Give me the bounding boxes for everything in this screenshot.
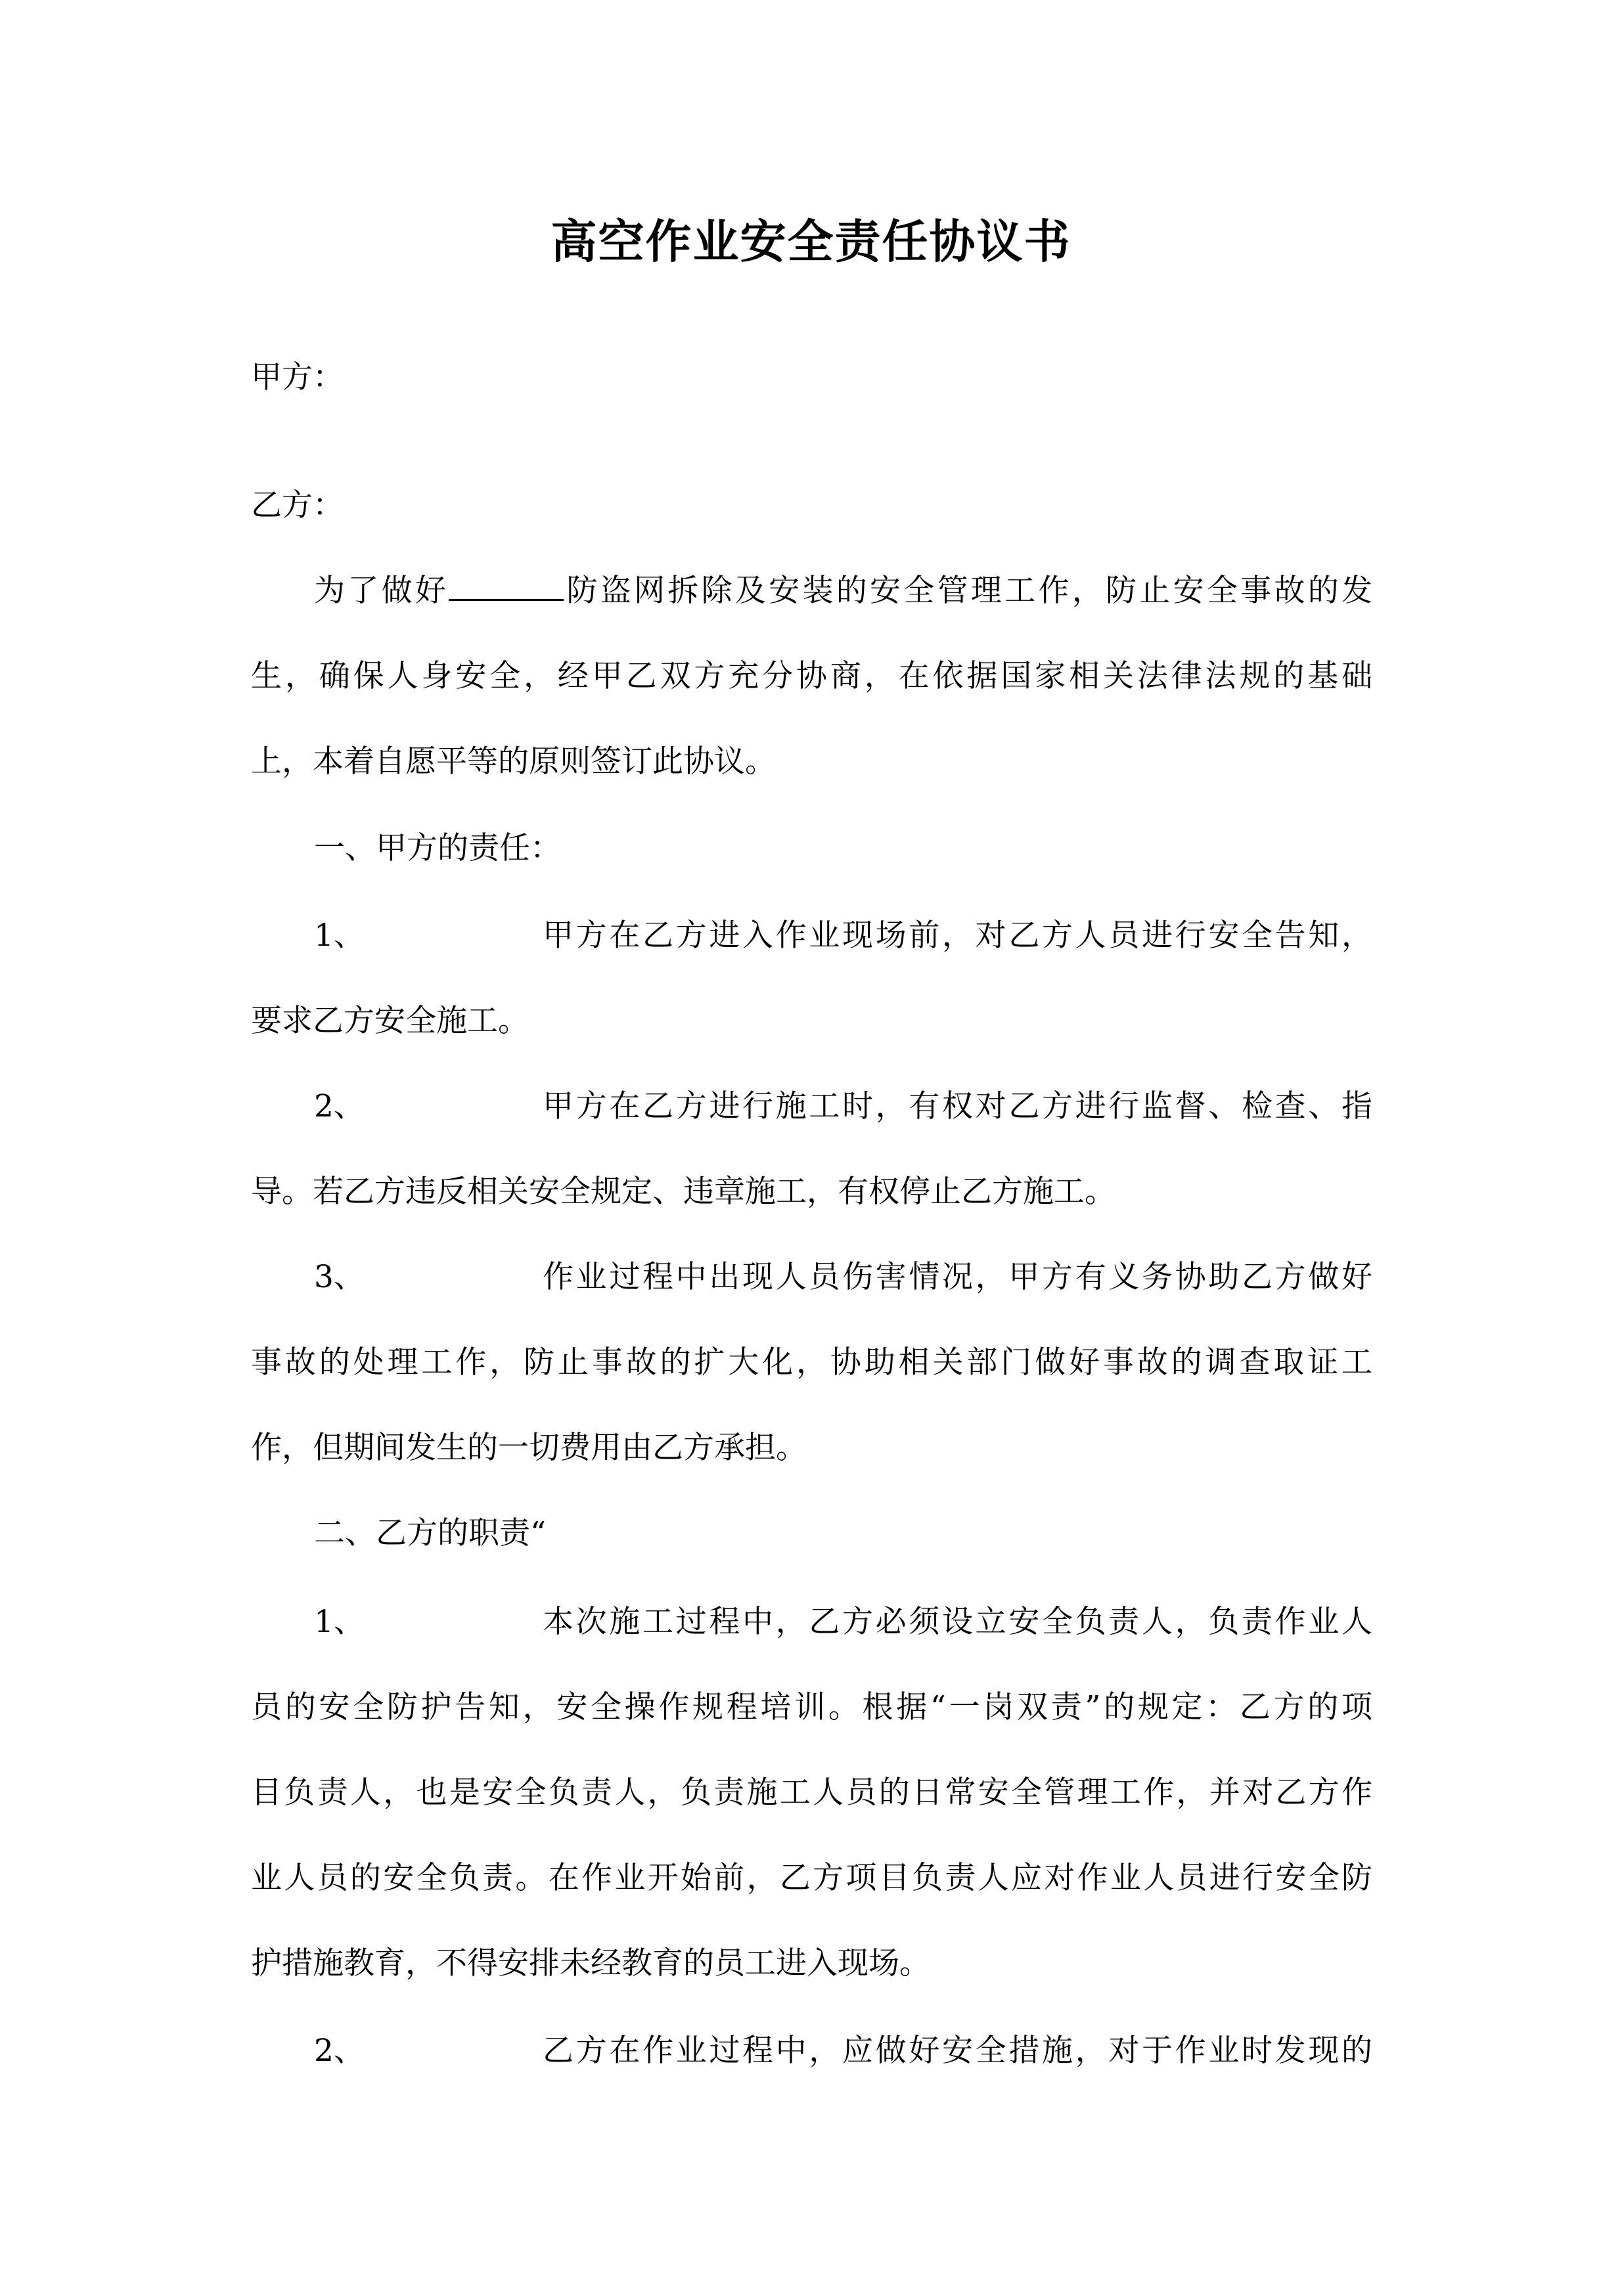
preamble-suffix: 防盗网拆除及安装的安全管理工作，防止安全事故的发 <box>564 573 1372 609</box>
section-1-item-2-cont-1: 导。若乙方违反相关安全规定、违章施工，有权停止乙方施工。 <box>251 1172 1115 1212</box>
section-1-item-3-text: 作业过程中出现人员伤害情况，甲方有义务协助乙方做好 <box>543 1258 1372 1297</box>
section-2-item-2-text: 乙方在作业过程中，应做好安全措施，对于作业时发现的 <box>543 2031 1372 2071</box>
section-1-heading: 一、甲方的责任： <box>314 829 561 868</box>
section-2-item-1-cont-3: 业人员的安全负责。在作业开始前，乙方项目负责人应对作业人员进行安全防 <box>251 1859 1372 1898</box>
section-2-item-1-cont-2: 目负责人，也是安全负责人，负责施工人员的日常安全管理工作，并对乙方作 <box>251 1773 1372 1813</box>
section-1-item-3-cont-2: 作，但期间发生的一切费用由乙方承担。 <box>251 1428 807 1468</box>
preamble-line-3: 上，本着自愿平等的原则签订此协议。 <box>251 742 776 782</box>
section-2-item-2-number: 2、 <box>314 2031 365 2071</box>
section-1-item-1-number: 1、 <box>314 916 365 956</box>
preamble-line-1: 为了做好防盗网拆除及安装的安全管理工作，防止安全事故的发 <box>314 571 1372 611</box>
section-1-item-2-number: 2、 <box>314 1087 365 1126</box>
section-1-item-2-text: 甲方在乙方进行施工时，有权对乙方进行监督、检查、指 <box>543 1087 1372 1126</box>
section-2-item-1-number: 1、 <box>314 1602 365 1642</box>
section-1-item-3-cont-1: 事故的处理工作，防止事故的扩大化，协助相关部门做好事故的调查取证工 <box>251 1343 1372 1382</box>
preamble-prefix: 为了做好 <box>314 573 449 609</box>
project-name-blank[interactable] <box>449 571 564 601</box>
party-a-label: 甲方： <box>251 358 344 397</box>
section-1-item-1-text: 甲方在乙方进入作业现场前，对乙方人员进行安全告知， <box>543 916 1372 956</box>
section-2-item-1-cont-4: 护措施教育，不得安排未经教育的员工进入现场。 <box>251 1944 930 1983</box>
section-2-heading: 二、乙方的职责“ <box>314 1514 546 1553</box>
section-1-item-3-number: 3、 <box>314 1258 365 1297</box>
section-1-item-1-cont-1: 要求乙方安全施工。 <box>251 1002 529 1041</box>
document-page: 高空作业安全责任协议书 甲方： 乙方： 为了做好防盗网拆除及安装的安全管理工作，… <box>0 0 1622 2296</box>
party-b-label: 乙方： <box>251 486 344 525</box>
preamble-line-2: 生，确保人身安全，经甲乙双方充分协商，在依据国家相关法律法规的基础 <box>251 657 1372 696</box>
section-2-item-1-text: 本次施工过程中，乙方必须设立安全负责人，负责作业人 <box>543 1602 1372 1642</box>
document-title: 高空作业安全责任协议书 <box>0 209 1622 275</box>
section-2-item-1-cont-1: 员的安全防护告知，安全操作规程培训。根据“一岗双责”的规定：乙方的项 <box>251 1688 1372 1727</box>
